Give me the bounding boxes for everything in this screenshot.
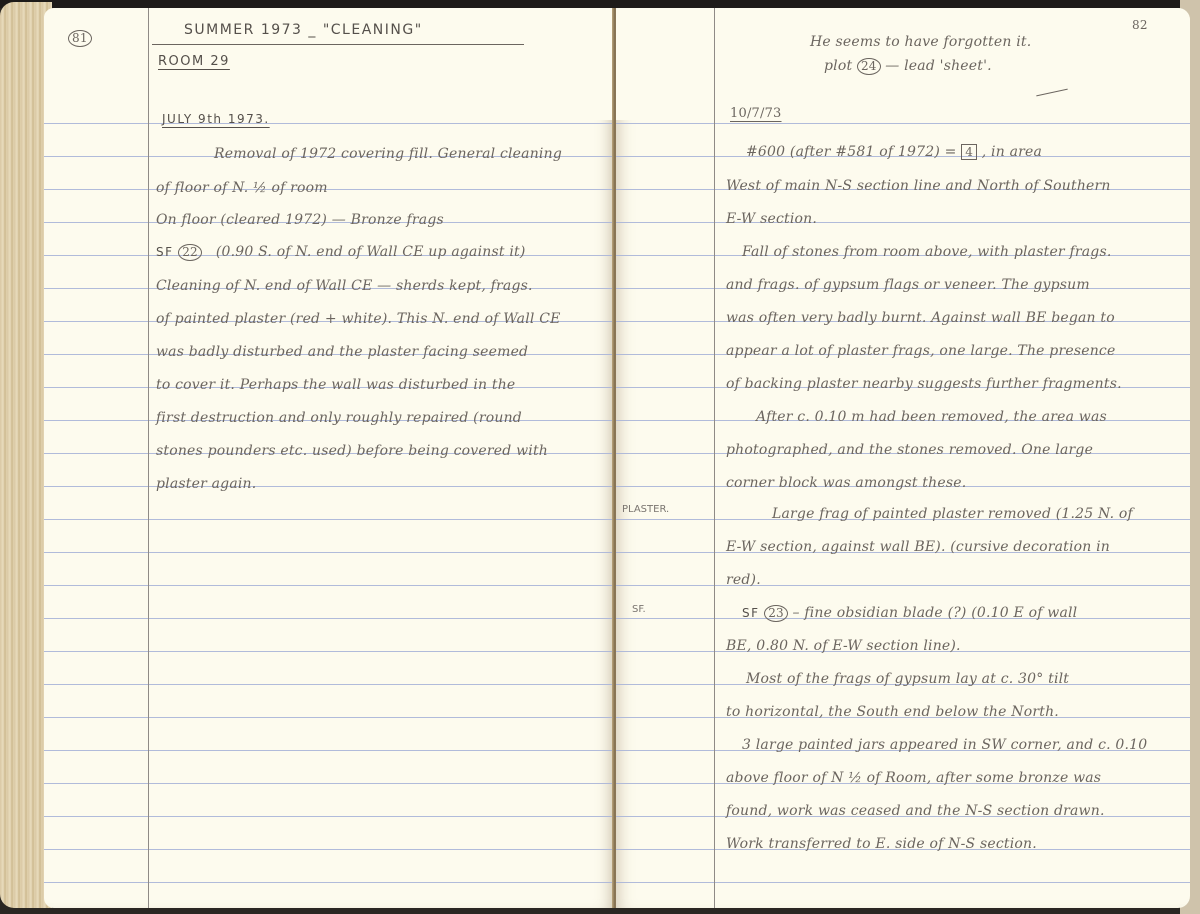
top-note-line-1: He seems to have forgotten it.	[810, 34, 1031, 50]
entry-date: JULY 9th 1973.	[162, 112, 270, 126]
right-page: 82 He seems to have forgotten it. plot 2…	[616, 8, 1190, 908]
line-12: E-W section, against wall BE). (cursive …	[726, 539, 1110, 555]
line-3: On floor (cleared 1972) — Bronze frags	[156, 212, 444, 228]
margin-note-plaster: PLASTER.	[622, 504, 669, 515]
line-15: BE, 0.80 N. of E-W section line).	[726, 638, 961, 654]
plot-number: 24	[857, 58, 881, 75]
margin-line	[714, 8, 715, 908]
desk-background-top	[0, 0, 1200, 8]
entry-line: #600 (after #581 of 1972) = 4 , in area	[746, 144, 1042, 160]
line-9: photographed, and the stones removed. On…	[726, 442, 1093, 458]
line-3: Fall of stones from room above, with pla…	[742, 244, 1111, 260]
line-6: of painted plaster (red + white). This N…	[156, 311, 561, 327]
heading-underline	[152, 44, 524, 45]
line-4: and frags. of gypsum flags or veneer. Th…	[726, 277, 1090, 293]
line-1: Removal of 1972 covering fill. General c…	[214, 146, 562, 162]
margin-line	[148, 8, 149, 908]
line-18: 3 large painted jars appeared in SW corn…	[742, 737, 1147, 753]
line-16: Most of the frags of gypsum lay at c. 30…	[746, 671, 1069, 687]
line-5: Cleaning of N. end of Wall CE — sherds k…	[156, 278, 533, 294]
line-19: above floor of N ½ of Room, after some b…	[726, 770, 1101, 786]
line-8: to cover it. Perhaps the wall was distur…	[156, 377, 515, 393]
line-11: plaster again.	[156, 476, 256, 492]
line-1: West of main N-S section line and North …	[726, 178, 1111, 194]
line-4: SF 22 (0.90 S. of N. end of Wall CE up a…	[156, 244, 526, 261]
page-heading: SUMMER 1973 _ "CLEANING"	[184, 22, 423, 38]
line-20: found, work was ceased and the N-S secti…	[726, 803, 1105, 819]
line-2: of floor of N. ½ of room	[156, 180, 328, 196]
line-2: E-W section.	[726, 211, 817, 227]
room-title: ROOM 29	[158, 54, 230, 69]
line-11: Large frag of painted plaster removed (1…	[772, 506, 1133, 522]
line-10: stones pounders etc. used) before being …	[156, 443, 548, 459]
line-5: was often very badly burnt. Against wall…	[726, 310, 1115, 326]
line-17: to horizontal, the South end below the N…	[726, 704, 1059, 720]
margin-note-sf: SF.	[632, 604, 646, 615]
line-7: of backing plaster nearby suggests furth…	[726, 376, 1122, 392]
line-14: SF 23 – fine obsidian blade (?) (0.10 E …	[742, 605, 1077, 622]
top-note-line-2: plot 24 — lead 'sheet'.	[824, 58, 992, 75]
line-10: corner block was amongst these.	[726, 475, 966, 491]
small-find-number: 23	[764, 605, 788, 622]
left-page: 81 SUMMER 1973 _ "CLEANING" ROOM 29 JULY…	[44, 8, 614, 908]
entry-date: 10/7/73	[730, 106, 782, 121]
line-7: was badly disturbed and the plaster faci…	[156, 344, 528, 360]
small-find-number: 22	[178, 244, 202, 261]
line-6: appear a lot of plaster frags, one large…	[726, 343, 1115, 359]
boxed-number: 4	[961, 144, 977, 160]
line-21: Work transferred to E. side of N-S secti…	[726, 836, 1037, 852]
line-8: After c. 0.10 m had been removed, the ar…	[756, 409, 1107, 425]
line-9: first destruction and only roughly repai…	[156, 410, 522, 426]
line-13: red).	[726, 572, 761, 588]
page-number-81: 81	[68, 30, 92, 47]
page-number-82: 82	[1132, 18, 1148, 32]
